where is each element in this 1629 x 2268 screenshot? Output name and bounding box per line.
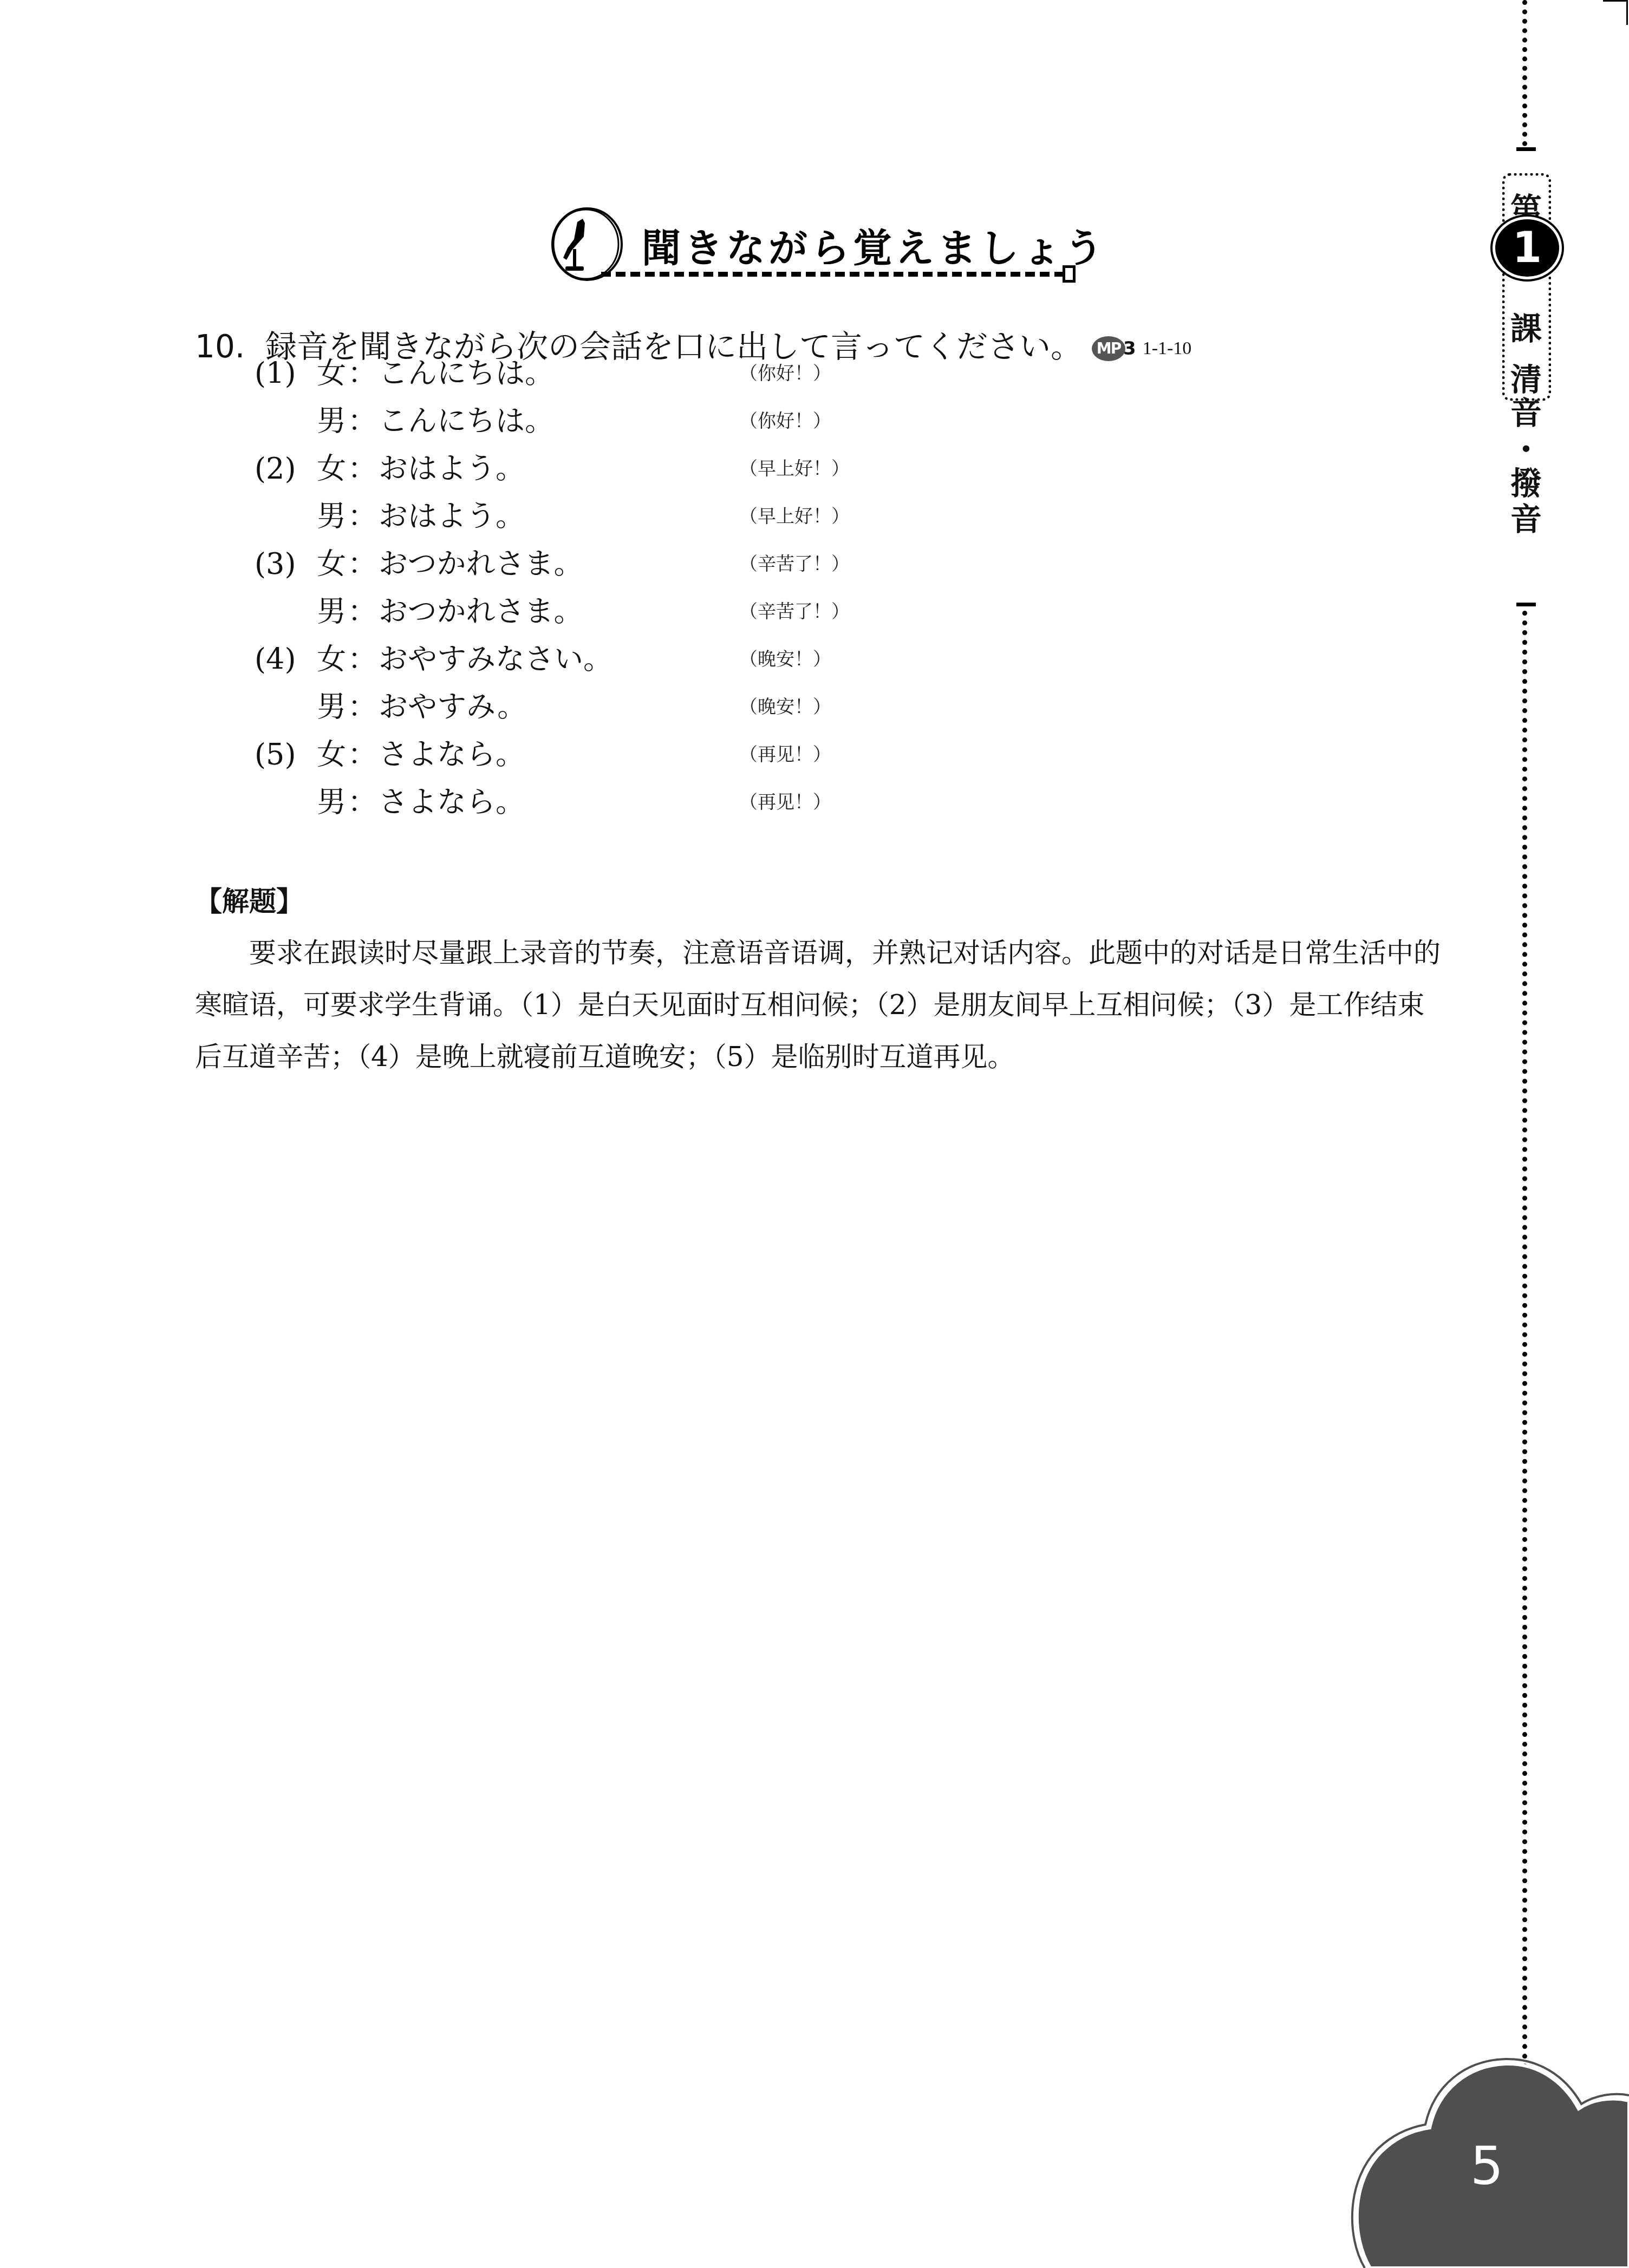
dialogue-number: (1) — [255, 352, 317, 395]
dialogue-line: (2)女：おはよう。 — [255, 447, 525, 491]
dialogue-number: (2) — [255, 447, 317, 491]
colon: ： — [346, 638, 379, 681]
dotted-guide-bottom — [1522, 611, 1527, 2138]
dashed-underline-end — [1063, 265, 1076, 283]
colon: ： — [346, 352, 379, 395]
colon: ： — [346, 400, 379, 443]
speaker: 女 — [317, 733, 346, 776]
speaker: 男 — [317, 781, 346, 824]
dialogue-line: 男：おつかれさま。 — [255, 590, 583, 633]
dialogue-text: おやすみ。 — [379, 690, 526, 724]
audio-track-code: 1-1-10 — [1143, 327, 1192, 370]
translation: （再见！） — [739, 733, 831, 776]
translation: （你好！） — [739, 400, 831, 443]
colon: ： — [346, 590, 379, 633]
topic-char: ・ — [1509, 433, 1543, 467]
translation: （晚安！） — [739, 685, 831, 729]
microphone-icon — [550, 207, 625, 282]
dialogue-line: 男：おはよう。 — [255, 495, 525, 538]
speaker: 男 — [317, 400, 346, 443]
dialogue-line: (5)女：さよなら。 — [255, 733, 525, 776]
translation: （辛苦了！） — [739, 543, 850, 586]
section-header: 聞きながら覚えましょう — [547, 206, 1083, 287]
dialogue-text: おやすみなさい。 — [379, 642, 612, 676]
explanation-body: 要求在跟读时尽量跟上录音的节奏，注意语音语调，并熟记对话内容。此题中的对话是日常… — [195, 927, 1441, 1083]
dialogue-line: (3)女：おつかれさま。 — [255, 543, 583, 586]
topic-char: 音 — [1509, 502, 1543, 536]
colon: ： — [346, 781, 379, 824]
dialogue-line: (1)女：こんにちは。 — [255, 352, 554, 395]
colon: ： — [346, 733, 379, 776]
speaker: 男 — [317, 685, 346, 729]
topic-char: 清 — [1509, 363, 1543, 396]
colon: ： — [346, 495, 379, 538]
colon: ： — [346, 685, 379, 729]
speaker: 男 — [317, 590, 346, 633]
topic-char: 撥 — [1509, 467, 1543, 500]
page-number: 5 — [1470, 2136, 1503, 2197]
dialogue-text: こんにちは。 — [379, 404, 554, 438]
translation: （早上好！） — [739, 495, 850, 538]
speaker: 女 — [317, 352, 346, 395]
dialogue-line: 男：こんにちは。 — [255, 400, 554, 443]
crop-mark — [1603, 0, 1628, 25]
speaker: 女 — [317, 638, 346, 681]
dialogue-text: おつかれさま。 — [379, 594, 583, 629]
dialogue-text: おはよう。 — [379, 499, 525, 533]
translation: （辛苦了！） — [739, 590, 850, 633]
dialogue-text: こんにちは。 — [379, 356, 554, 390]
dialogue-number: (3) — [255, 543, 317, 586]
translation: （早上好！） — [739, 447, 850, 491]
translation: （你好！） — [739, 352, 831, 395]
translation: （再见！） — [739, 781, 831, 824]
speaker: 女 — [317, 447, 346, 491]
dialogue-line: 男：おやすみ。 — [255, 685, 526, 729]
section-title: 聞きながら覚えましょう — [642, 217, 1106, 273]
dialogue-text: さよなら。 — [379, 785, 525, 819]
colon: ： — [346, 447, 379, 491]
mp3-icon: MP — [1092, 336, 1125, 361]
speaker: 男 — [317, 495, 346, 538]
tab-bar-bottom — [1516, 603, 1536, 606]
mp3-icon-suffix: 3 — [1123, 327, 1136, 370]
lesson-number-badge: 1 — [1493, 217, 1562, 279]
dialogue-number: (5) — [255, 733, 317, 776]
tab-bar-top — [1516, 147, 1536, 151]
colon: ： — [346, 543, 379, 586]
speaker: 女 — [317, 543, 346, 586]
dialogue-line: (4)女：おやすみなさい。 — [255, 638, 612, 681]
dialogue-text: おつかれさま。 — [379, 547, 583, 581]
dashed-underline — [601, 272, 1064, 277]
topic-char: 音 — [1509, 396, 1543, 430]
dotted-guide-top — [1522, 0, 1527, 146]
dialogue-line: 男：さよなら。 — [255, 781, 525, 824]
translation: （晚安！） — [739, 638, 831, 681]
audio-reference[interactable]: MP31-1-10 — [1092, 327, 1191, 370]
dialogue-text: さよなら。 — [379, 737, 525, 772]
lesson-suffix: 課 — [1509, 303, 1543, 349]
dialogue-text: おはよう。 — [379, 452, 525, 486]
explanation-heading: 【解题】 — [195, 880, 303, 923]
dialogue-number: (4) — [255, 638, 317, 681]
